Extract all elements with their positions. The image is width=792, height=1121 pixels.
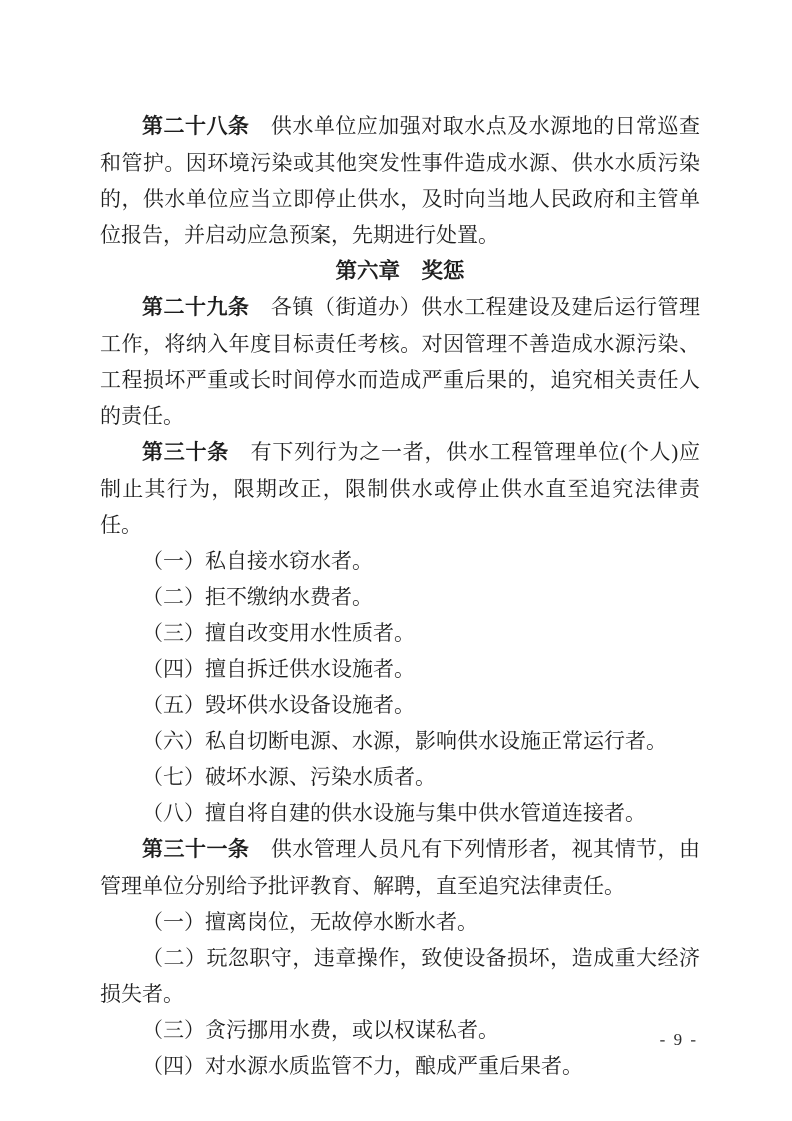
article-30-item-1: （一）私自接水窃水者。 — [100, 543, 700, 579]
article-30-term: 第三十条 — [142, 441, 229, 464]
article-30-item-5: （五）毁坏供水设备设施者。 — [100, 687, 700, 723]
article-31-item-2: （二）玩忽职守，违章操作，致使设备损坏，造成重大经济损失者。 — [100, 940, 700, 1012]
article-29-term: 第二十九条 — [142, 296, 249, 319]
article-31-item-4: （四）对水源水质监管不力，酿成严重后果者。 — [100, 1048, 700, 1084]
article-31-item-3: （三）贪污挪用水费，或以权谋私者。 — [100, 1012, 700, 1048]
article-28-term: 第二十八条 — [142, 115, 249, 138]
page-number: - 9 - — [660, 1028, 698, 1052]
article-30-paragraph: 第三十条 有下列行为之一者，供水工程管理单位(个人)应制止其行为，限期改正，限制… — [100, 434, 700, 543]
article-30-item-7: （七）破坏水源、污染水质者。 — [100, 759, 700, 795]
article-28-paragraph: 第二十八条 供水单位应加强对取水点及水源地的日常巡查和管护。因环境污染或其他突发… — [100, 108, 700, 253]
article-29-paragraph: 第二十九条 各镇（街道办）供水工程建设及建后运行管理工作，将纳入年度目标责任考核… — [100, 289, 700, 434]
article-30-item-8: （八）擅自将自建的供水设施与集中供水管道连接者。 — [100, 795, 700, 831]
article-30-item-6: （六）私自切断电源、水源，影响供水设施正常运行者。 — [100, 723, 700, 759]
document-page: 第二十八条 供水单位应加强对取水点及水源地的日常巡查和管护。因环境污染或其他突发… — [0, 0, 792, 1121]
article-30-item-3: （三）擅自改变用水性质者。 — [100, 615, 700, 651]
chapter-6-heading: 第六章 奖惩 — [100, 253, 700, 289]
article-31-paragraph: 第三十一条 供水管理人员凡有下列情形者，视其情节，由管理单位分别给予批评教育、解… — [100, 831, 700, 904]
article-30-item-4: （四）擅自拆迁供水设施者。 — [100, 651, 700, 687]
article-31-item-1: （一）擅离岗位，无故停水断水者。 — [100, 904, 700, 940]
article-30-item-2: （二）拒不缴纳水费者。 — [100, 579, 700, 615]
document-body: 第二十八条 供水单位应加强对取水点及水源地的日常巡查和管护。因环境污染或其他突发… — [100, 108, 700, 1084]
article-31-term: 第三十一条 — [142, 838, 249, 861]
